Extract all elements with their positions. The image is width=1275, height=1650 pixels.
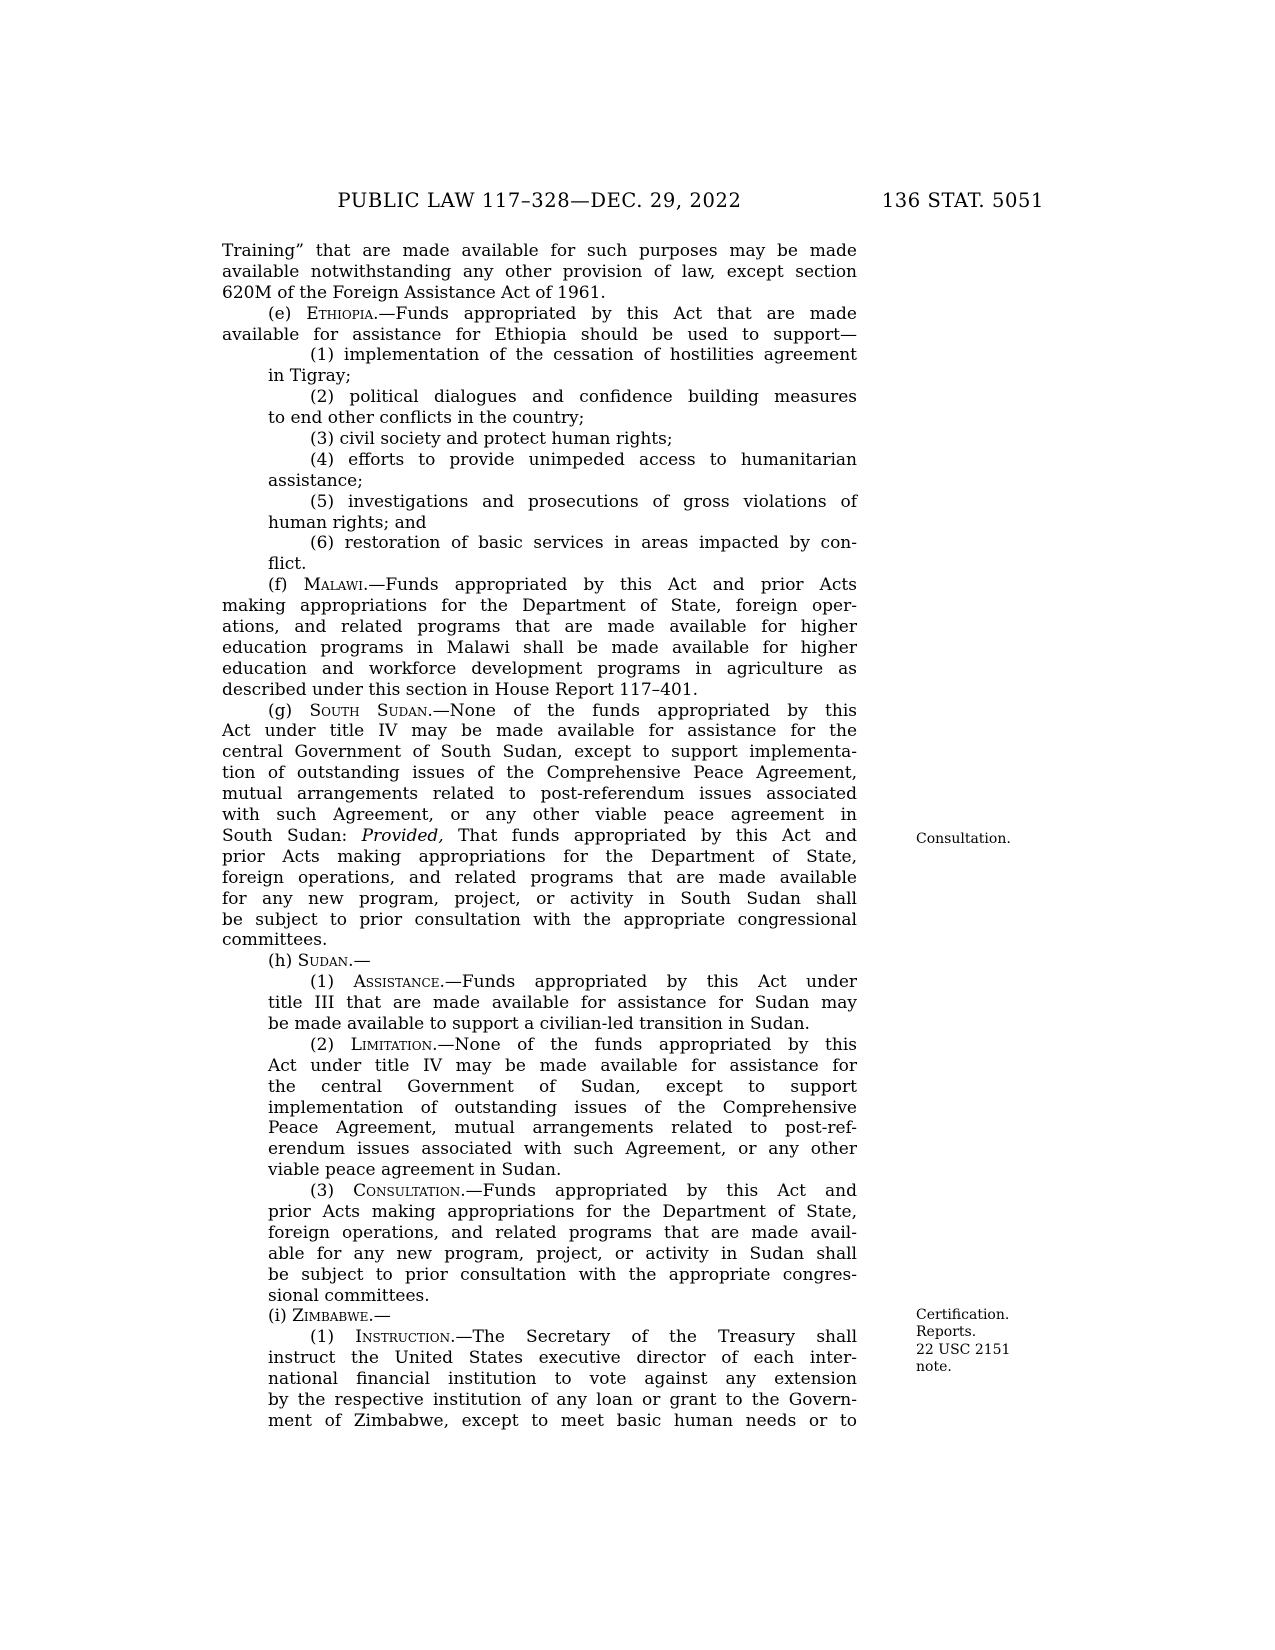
text-line: (g) South Sudan.—None of the funds appro… — [222, 701, 857, 722]
text-line: (3) Consultation.—Funds appropriated by … — [222, 1181, 857, 1202]
text-run: (2) political dialogues and confidence b… — [310, 387, 857, 407]
text-line: (1) Instruction.—The Secretary of the Tr… — [222, 1327, 857, 1348]
text-run: Instruction — [355, 1327, 450, 1347]
text-run: be made available to support a civilian-… — [268, 1014, 810, 1034]
statute-page-number: 136 STAT. 5051 — [882, 189, 1044, 212]
text-run: for any new program, project, or activit… — [222, 889, 857, 909]
text-run: by the respective institution of any loa… — [268, 1390, 857, 1410]
text-run: prior Acts making appropriations for the… — [222, 847, 857, 867]
text-line: (5) investigations and prosecutions of g… — [222, 492, 857, 513]
text-line: foreign operations, and related programs… — [222, 868, 857, 889]
paragraph: (2) political dialogues and confidence b… — [222, 387, 857, 429]
text-run: the central Government of Sudan, except … — [268, 1077, 857, 1097]
text-run: South Sudan — [309, 701, 427, 721]
text-run: (3) civil society and protect human righ… — [310, 429, 673, 449]
text-line: viable peace agreement in Sudan. — [222, 1160, 857, 1181]
margin-note-line: Certification. — [916, 1307, 1056, 1324]
text-run: .—Funds appropriated by this Act and pri… — [363, 575, 857, 595]
text-run: available for assistance for Ethiopia sh… — [222, 325, 857, 345]
text-run: South Sudan: — [222, 826, 362, 846]
text-line: ment of Zimbabwe, except to meet basic h… — [222, 1411, 857, 1432]
text-run: ations, and related programs that are ma… — [222, 617, 857, 637]
statute-page: PUBLIC LAW 117–328—DEC. 29, 2022 136 STA… — [0, 0, 1275, 1650]
text-run: (g) — [268, 701, 309, 721]
paragraph: (3) civil society and protect human righ… — [222, 429, 857, 450]
text-run: described under this section in House Re… — [222, 680, 698, 700]
text-line: available notwithstanding any other prov… — [222, 262, 857, 283]
text-line: able for any new program, project, or ac… — [222, 1244, 857, 1265]
text-run: ment of Zimbabwe, except to meet basic h… — [268, 1411, 857, 1431]
text-line: available for assistance for Ethiopia sh… — [222, 325, 857, 346]
text-run: national financial institution to vote a… — [268, 1369, 857, 1389]
text-run: Consultation — [353, 1181, 460, 1201]
text-line: (i) Zimbabwe.— — [222, 1306, 857, 1327]
text-line: South Sudan: Provided, That funds approp… — [222, 826, 857, 847]
paragraph: (h) Sudan.— — [222, 951, 857, 972]
text-run: with such Agreement, or any other viable… — [222, 805, 857, 825]
text-run: flict. — [268, 554, 307, 574]
paragraph: (1) implementation of the cessation of h… — [222, 345, 857, 387]
text-line: title III that are made available for as… — [222, 993, 857, 1014]
law-title: PUBLIC LAW 117–328—DEC. 29, 2022 — [222, 189, 857, 212]
text-run: human rights; and — [268, 513, 427, 533]
text-line: the central Government of Sudan, except … — [222, 1077, 857, 1098]
text-line: sional committees. — [222, 1286, 857, 1307]
text-run: (5) investigations and prosecutions of g… — [310, 492, 857, 512]
paragraph: (e) Ethiopia.—Funds appropriated by this… — [222, 304, 857, 346]
paragraph: (g) South Sudan.—None of the funds appro… — [222, 701, 857, 952]
text-line: tion of outstanding issues of the Compre… — [222, 763, 857, 784]
page-header: PUBLIC LAW 117–328—DEC. 29, 2022 136 STA… — [222, 189, 1044, 217]
text-run: .—Funds appropriated by this Act and — [460, 1181, 857, 1201]
text-run: (6) restoration of basic services in are… — [310, 533, 857, 553]
text-run: .— — [348, 951, 370, 971]
text-line: Act under title IV may be made available… — [222, 1056, 857, 1077]
text-line: Training” that are made available for su… — [222, 241, 857, 262]
text-line: (h) Sudan.— — [222, 951, 857, 972]
text-run: (1) — [310, 972, 354, 992]
text-run: (1) — [310, 1327, 355, 1347]
text-run: tion of outstanding issues of the Compre… — [222, 763, 857, 783]
text-line: be subject to prior consultation with th… — [222, 1265, 857, 1286]
text-run: sional committees. — [268, 1286, 430, 1306]
text-line: be subject to prior consultation with th… — [222, 910, 857, 931]
text-run: (e) — [268, 304, 306, 324]
text-line: (1) Assistance.—Funds appropriated by th… — [222, 972, 857, 993]
text-line: foreign operations, and related programs… — [222, 1223, 857, 1244]
text-run: assistance; — [268, 471, 363, 491]
text-run: to end other conflicts in the country; — [268, 408, 584, 428]
margin-note-consultation: Consultation. — [916, 831, 1056, 848]
text-run: .—None of the funds appropriated by this — [427, 701, 857, 721]
text-line: flict. — [222, 554, 857, 575]
text-line: (e) Ethiopia.—Funds appropriated by this… — [222, 304, 857, 325]
text-line: ations, and related programs that are ma… — [222, 617, 857, 638]
text-run: foreign operations, and related programs… — [268, 1223, 857, 1243]
text-line: for any new program, project, or activit… — [222, 889, 857, 910]
text-line: assistance; — [222, 471, 857, 492]
text-run: be subject to prior consultation with th… — [222, 910, 857, 930]
text-run: title III that are made available for as… — [268, 993, 857, 1013]
text-run: (3) — [310, 1181, 353, 1201]
text-run: available notwithstanding any other prov… — [222, 262, 857, 282]
text-line: national financial institution to vote a… — [222, 1369, 857, 1390]
text-run: viable peace agreement in Sudan. — [268, 1160, 561, 1180]
text-run: committees. — [222, 930, 327, 950]
text-run: (2) — [310, 1035, 351, 1055]
text-run: .—The Secretary of the Treasury shall — [450, 1327, 857, 1347]
text-run: able for any new program, project, or ac… — [268, 1244, 857, 1264]
text-run: be subject to prior consultation with th… — [268, 1265, 857, 1285]
statute-body-text: Training” that are made available for su… — [222, 241, 857, 1432]
text-line: education and workforce development prog… — [222, 659, 857, 680]
text-line: committees. — [222, 930, 857, 951]
text-line: to end other conflicts in the country; — [222, 408, 857, 429]
paragraph: (1) Assistance.—Funds appropriated by th… — [222, 972, 857, 1035]
text-run: Zimbabwe — [292, 1306, 368, 1326]
text-line: prior Acts making appropriations for the… — [222, 1202, 857, 1223]
text-run: Peace Agreement, mutual arrangements rel… — [268, 1118, 857, 1138]
text-run: Assistance — [354, 972, 440, 992]
text-line: (f) Malawi.—Funds appropriated by this A… — [222, 575, 857, 596]
paragraph: (f) Malawi.—Funds appropriated by this A… — [222, 575, 857, 700]
text-line: by the respective institution of any loa… — [222, 1390, 857, 1411]
margin-note-line: Consultation. — [916, 831, 1056, 848]
text-line: (3) civil society and protect human righ… — [222, 429, 857, 450]
text-line: (2) political dialogues and confidence b… — [222, 387, 857, 408]
text-run: (f) — [268, 575, 304, 595]
text-run: erendum issues associated with such Agre… — [268, 1139, 857, 1159]
text-run: foreign operations, and related programs… — [222, 868, 857, 888]
text-line: human rights; and — [222, 513, 857, 534]
text-run: .—Funds appropriated by this Act that ar… — [373, 304, 857, 324]
paragraph: (2) Limitation.—None of the funds approp… — [222, 1035, 857, 1181]
text-run: Limitation — [351, 1035, 433, 1055]
text-line: in Tigray; — [222, 366, 857, 387]
text-run: Malawi — [304, 575, 363, 595]
text-run: (1) implementation of the cessation of h… — [310, 345, 857, 365]
text-run: Sudan — [298, 951, 349, 971]
text-run: mutual arrangements related to post-refe… — [222, 784, 857, 804]
text-run: .— — [368, 1306, 390, 1326]
text-run: central Government of South Sudan, excep… — [222, 742, 857, 762]
text-line: prior Acts making appropriations for the… — [222, 847, 857, 868]
text-line: education programs in Malawi shall be ma… — [222, 638, 857, 659]
text-line: implementation of outstanding issues of … — [222, 1098, 857, 1119]
margin-note-certification: Certification. Reports. 22 USC 2151 note… — [916, 1307, 1056, 1376]
margin-note-line: 22 USC 2151 — [916, 1342, 1056, 1359]
text-run: (4) efforts to provide unimpeded access … — [310, 450, 857, 470]
text-line: Act under title IV may be made available… — [222, 721, 857, 742]
text-run: (i) — [268, 1306, 292, 1326]
text-line: making appropriations for the Department… — [222, 596, 857, 617]
text-run: That funds appropriated by this Act and — [444, 826, 857, 846]
text-run: instruct the United States executive dir… — [268, 1348, 857, 1368]
text-line: mutual arrangements related to post-refe… — [222, 784, 857, 805]
paragraph: (3) Consultation.—Funds appropriated by … — [222, 1181, 857, 1306]
text-line: (4) efforts to provide unimpeded access … — [222, 450, 857, 471]
text-run: implementation of outstanding issues of … — [268, 1098, 857, 1118]
text-run: Act under title IV may be made available… — [222, 721, 857, 741]
text-line: 620M of the Foreign Assistance Act of 19… — [222, 283, 857, 304]
paragraph: (5) investigations and prosecutions of g… — [222, 492, 857, 534]
paragraph: (1) Instruction.—The Secretary of the Tr… — [222, 1327, 857, 1431]
text-run: education and workforce development prog… — [222, 659, 857, 679]
text-line: instruct the United States executive dir… — [222, 1348, 857, 1369]
text-line: described under this section in House Re… — [222, 680, 857, 701]
paragraph: (i) Zimbabwe.— — [222, 1306, 857, 1327]
text-line: (1) implementation of the cessation of h… — [222, 345, 857, 366]
text-run: 620M of the Foreign Assistance Act of 19… — [222, 283, 606, 303]
text-line: be made available to support a civilian-… — [222, 1014, 857, 1035]
paragraph: (4) efforts to provide unimpeded access … — [222, 450, 857, 492]
text-run: making appropriations for the Department… — [222, 596, 857, 616]
text-run: Provided, — [362, 826, 444, 846]
text-run: Training” that are made available for su… — [222, 241, 857, 261]
text-run: .—Funds appropriated by this Act under — [439, 972, 857, 992]
paragraph: Training” that are made available for su… — [222, 241, 857, 304]
text-run: Act under title IV may be made available… — [268, 1056, 857, 1076]
text-line: (6) restoration of basic services in are… — [222, 533, 857, 554]
margin-note-line: Reports. — [916, 1324, 1056, 1341]
text-run: .—None of the funds appropriated by this — [432, 1035, 857, 1055]
text-line: central Government of South Sudan, excep… — [222, 742, 857, 763]
text-run: (h) — [268, 951, 298, 971]
text-line: (2) Limitation.—None of the funds approp… — [222, 1035, 857, 1056]
text-line: erendum issues associated with such Agre… — [222, 1139, 857, 1160]
text-run: prior Acts making appropriations for the… — [268, 1202, 857, 1222]
text-run: education programs in Malawi shall be ma… — [222, 638, 857, 658]
margin-note-line: note. — [916, 1359, 1056, 1376]
text-run: in Tigray; — [268, 366, 351, 386]
text-run: Ethiopia — [306, 304, 373, 324]
paragraph: (6) restoration of basic services in are… — [222, 533, 857, 575]
text-line: Peace Agreement, mutual arrangements rel… — [222, 1118, 857, 1139]
text-line: with such Agreement, or any other viable… — [222, 805, 857, 826]
